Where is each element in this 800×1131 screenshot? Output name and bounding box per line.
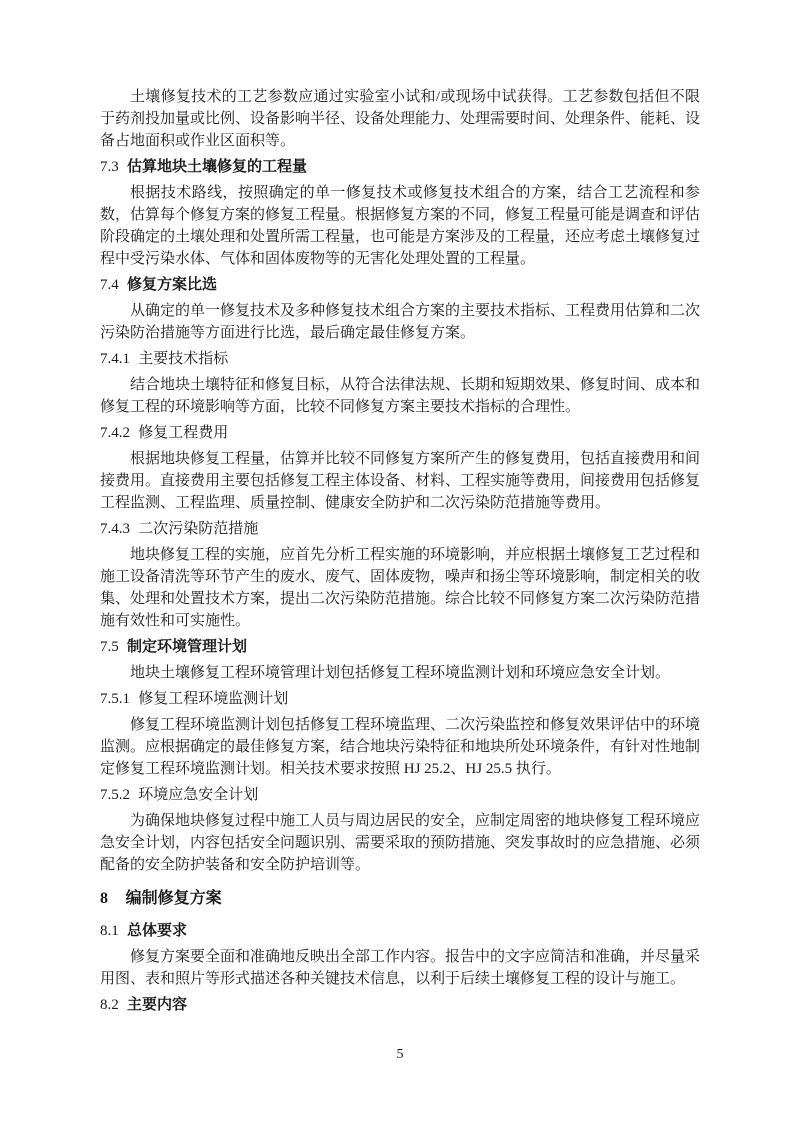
page: 土壤修复技术的工艺参数应通过实验室小试和/或现场中试获得。工艺参数包括但不限于药… <box>0 0 800 1131</box>
paragraph: 从确定的单一修复技术及多种修复技术组合方案的主要技术指标、工程费用估算和二次污染… <box>100 300 700 344</box>
section-number: 8.2 <box>100 997 119 1013</box>
paragraph: 为确保地块修复过程中施工人员与周边居民的安全，应制定周密的地块修复工程环境应急安… <box>100 810 700 876</box>
paragraph: 结合地块土壤特征和修复目标，从符合法律法规、长期和短期效果、修复时间、成本和修复… <box>100 374 700 418</box>
section-number: 7.5.2 <box>100 787 130 803</box>
document-body: 土壤修复技术的工艺参数应通过实验室小试和/或现场中试获得。工艺参数包括但不限于药… <box>100 86 700 1020</box>
section-heading-7.4.2: 7.4.2修复工程费用 <box>100 422 700 444</box>
section-heading-7.5.1: 7.5.1修复工程环境监测计划 <box>100 688 700 710</box>
paragraph: 地块修复工程的实施，应首先分析工程实施的环境影响，并应根据土壤修复工艺过程和施工… <box>100 544 700 632</box>
section-number: 7.4 <box>100 277 119 293</box>
section-heading-7.4.3: 7.4.3二次污染防范措施 <box>100 518 700 540</box>
section-number: 7.4.1 <box>100 351 130 367</box>
section-number: 8.1 <box>100 923 119 939</box>
section-number: 7.5 <box>100 639 119 655</box>
section-heading-8: 8编制修复方案 <box>100 888 700 910</box>
section-number: 7.5.1 <box>100 691 130 707</box>
section-title: 主要内容 <box>127 996 187 1013</box>
paragraph: 根据地块修复工程量，估算并比较不同修复方案所产生的修复费用，包括直接费用和间接费… <box>100 448 700 514</box>
section-title: 环境应急安全计划 <box>138 787 258 803</box>
section-heading-8.1: 8.1总体要求 <box>100 920 700 942</box>
section-heading-8.2: 8.2主要内容 <box>100 994 700 1016</box>
section-title: 修复方案比选 <box>127 276 217 293</box>
section-number: 8 <box>100 890 108 907</box>
section-number: 7.3 <box>100 159 119 175</box>
section-heading-7.4: 7.4修复方案比选 <box>100 274 700 296</box>
section-heading-7.3: 7.3估算地块土壤修复的工程量 <box>100 156 700 178</box>
paragraph: 修复方案要全面和准确地反映出全部工作内容。报告中的文字应简洁和准确，并尽量采用图… <box>100 946 700 990</box>
section-title: 估算地块土壤修复的工程量 <box>127 158 307 175</box>
page-number: 5 <box>397 1047 404 1062</box>
section-number: 7.4.2 <box>100 425 130 441</box>
paragraph: 修复工程环境监测计划包括修复工程环境监理、二次污染监控和修复效果评估中的环境监测… <box>100 714 700 780</box>
section-title: 修复工程费用 <box>138 425 228 441</box>
paragraph: 地块土壤修复工程环境管理计划包括修复工程环境监测计划和环境应急安全计划。 <box>100 662 700 684</box>
section-heading-7.5: 7.5制定环境管理计划 <box>100 636 700 658</box>
section-number: 7.4.3 <box>100 521 130 537</box>
section-title: 制定环境管理计划 <box>127 638 247 655</box>
section-heading-7.5.2: 7.5.2环境应急安全计划 <box>100 784 700 806</box>
section-title: 二次污染防范措施 <box>138 521 258 537</box>
section-title: 修复工程环境监测计划 <box>138 691 288 707</box>
paragraph: 土壤修复技术的工艺参数应通过实验室小试和/或现场中试获得。工艺参数包括但不限于药… <box>100 86 700 152</box>
section-title: 主要技术指标 <box>138 351 228 367</box>
page-footer: 5 <box>0 1044 800 1066</box>
section-title: 总体要求 <box>127 922 187 939</box>
section-heading-7.4.1: 7.4.1主要技术指标 <box>100 348 700 370</box>
section-title: 编制修复方案 <box>126 890 222 907</box>
paragraph: 根据技术路线，按照确定的单一修复技术或修复技术组合的方案，结合工艺流程和参数，估… <box>100 182 700 270</box>
